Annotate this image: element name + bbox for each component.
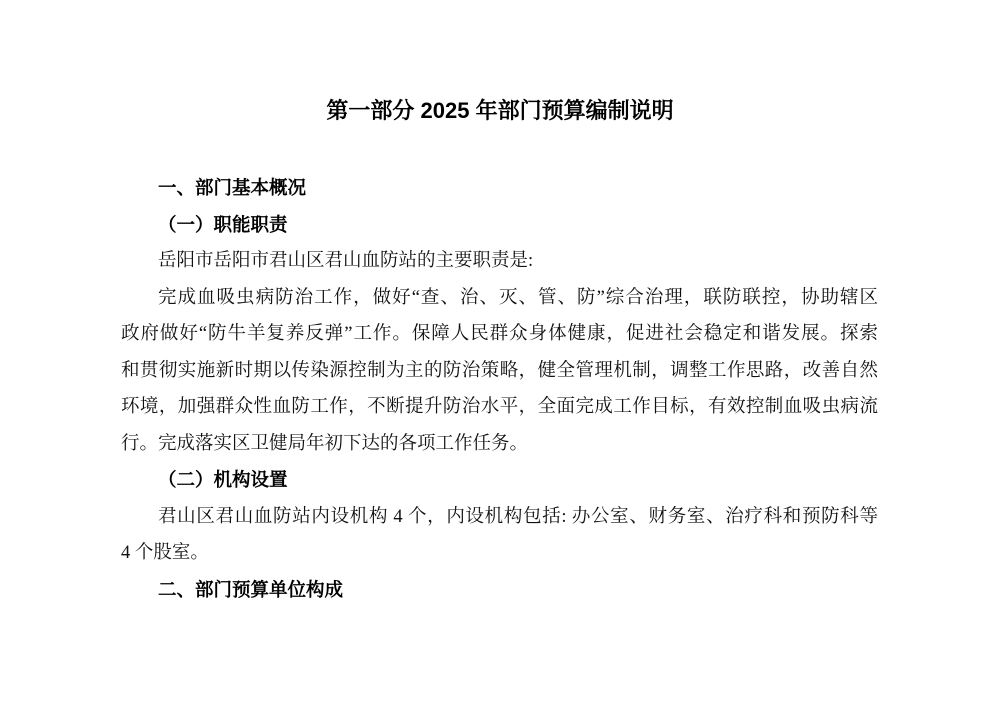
document-body: 一、部门基本概况 （一）职能职责 岳阳市岳阳市君山区君山血防站的主要职责是: 完… xyxy=(121,170,878,608)
paragraph-duty-line: 行。完成落实区卫健局年初下达的各项工作任务。 xyxy=(121,426,878,463)
document-page: 第一部分 2025 年部门预算编制说明 一、部门基本概况 （一）职能职责 岳阳市… xyxy=(0,0,1000,706)
paragraph-duty-line: 完成血吸虫病防治工作，做好“查、治、灭、管、防”综合治理，联防联控，协助辖区 xyxy=(121,280,878,317)
paragraph-duty-intro: 岳阳市岳阳市君山区君山血防站的主要职责是: xyxy=(121,243,878,280)
heading-organization-setup: （二）机构设置 xyxy=(121,462,878,499)
paragraph-duty-line: 政府做好“防牛羊复养反弹”工作。保障人民群众身体健康，促进社会稳定和谐发展。探索 xyxy=(121,316,878,353)
paragraph-organization-line: 君山区君山血防站内设机构 4 个，内设机构包括: 办公室、财务室、治疗科和预防科… xyxy=(121,499,878,536)
heading-department-overview: 一、部门基本概况 xyxy=(121,170,878,207)
heading-budget-unit-composition: 二、部门预算单位构成 xyxy=(121,572,878,609)
paragraph-duty-line: 和贯彻实施新时期以传染源控制为主的防治策略，健全管理机制，调整工作思路，改善自然 xyxy=(121,353,878,390)
document-title: 第一部分 2025 年部门预算编制说明 xyxy=(0,97,1000,125)
paragraph-organization-line: 4 个股室。 xyxy=(121,535,878,572)
heading-functions-duties: （一）职能职责 xyxy=(121,207,878,244)
paragraph-duty-line: 环境，加强群众性血防工作，不断提升防治水平，全面完成工作目标，有效控制血吸虫病流 xyxy=(121,389,878,426)
